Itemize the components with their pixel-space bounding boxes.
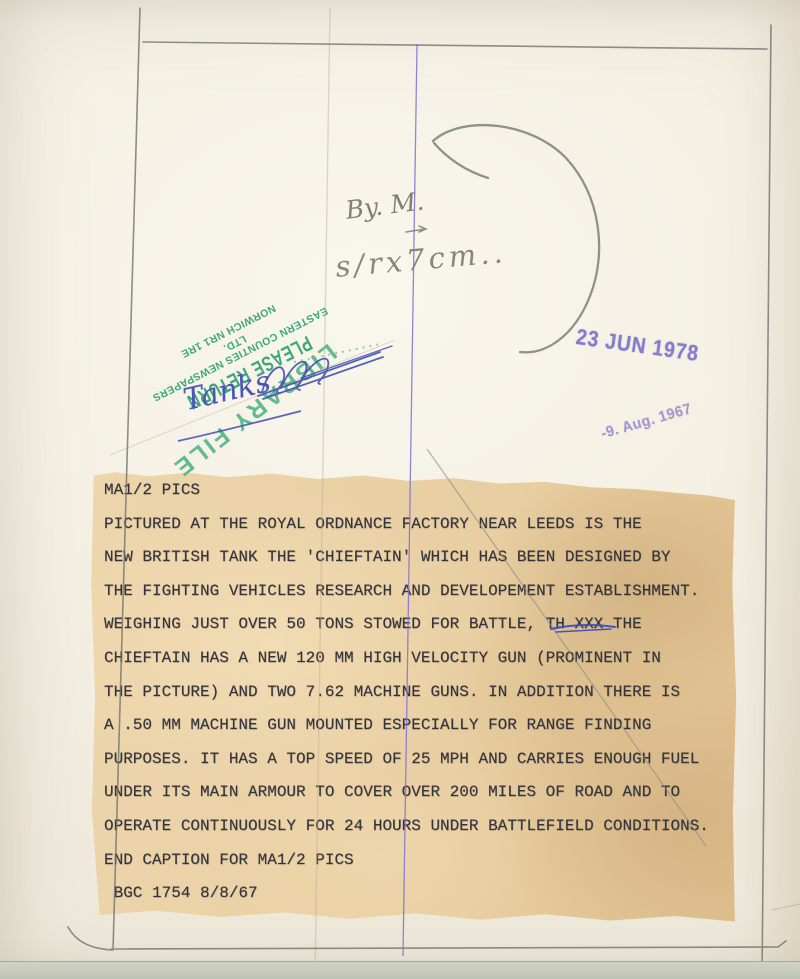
please-return-stamp-line1: PLEASE RETURN	[173, 325, 325, 418]
typewritten-caption: MA1/2 PICSPICTURED AT THE ROYAL ORDNANCE…	[104, 474, 734, 911]
diagonal-crease-line	[110, 340, 395, 455]
please-return-stamp: PLEASE RETURN EASTERN COUNTIES NEWSPAPER…	[127, 276, 352, 433]
date-stamp-1967: -9. Aug. 1967	[599, 400, 694, 442]
ink-scribble	[262, 367, 284, 393]
caption-line: A .50 MM MACHINE GUN MOUNTED ESPECIALLY …	[104, 709, 734, 743]
caption-line: BGC 1754 8/8/67	[104, 877, 734, 911]
ink-strike-stroke	[258, 352, 380, 396]
caption-line: NEW BRITISH TANK THE 'CHIEFTAIN' WHICH H…	[104, 541, 734, 575]
caption-line: CHIEFTAIN HAS A NEW 120 MM HIGH VELOCITY…	[104, 642, 734, 676]
handwritten-pencil-size-note: s/rx7cm..	[334, 235, 508, 284]
pencil-curve-tail	[434, 143, 488, 178]
pencil-arrow-mark	[406, 226, 426, 232]
stamp-dotted-line	[294, 344, 380, 362]
please-return-stamp-line3: NORWICH NR1 1RE	[127, 276, 328, 387]
handwritten-tanks-label: Tanks	[180, 364, 274, 418]
tanks-underline	[178, 411, 301, 441]
caption-line: OPERATE CONTINUOUSLY FOR 24 HOURS UNDER …	[104, 810, 734, 844]
please-return-stamp-line2: EASTERN COUNTIES NEWSPAPERS LTD.	[134, 288, 341, 409]
library-file-stamp: LIBRARY FILE	[154, 328, 354, 493]
date-stamp-1978: 23 JUN 1978	[574, 324, 700, 367]
pencil-border-top	[143, 42, 767, 49]
pencil-hook-stroke	[68, 927, 112, 950]
caption-line: END CAPTION FOR MA1/2 PICS	[104, 844, 734, 878]
caption-line: WEIGHING JUST OVER 50 TONS STOWED FOR BA…	[104, 608, 734, 642]
caption-line: THE PICTURE) AND TWO 7.62 MACHINE GUNS. …	[104, 676, 734, 710]
caption-line: PURPOSES. IT HAS A TOP SPEED OF 25 MPH A…	[104, 743, 734, 777]
handwritten-pencil-initials: By. M.	[344, 186, 426, 224]
pencil-border-right	[762, 25, 771, 979]
edge-crease-line	[772, 904, 800, 910]
ink-strike-stroke	[263, 357, 383, 399]
ink-strike-stroke	[301, 346, 392, 378]
caption-line: PICTURED AT THE ROYAL ORDNANCE FACTORY N…	[104, 508, 734, 542]
caption-line: THE FIGHTING VEHICLES RESEARCH AND DEVEL…	[104, 575, 734, 609]
pencil-curve-mark	[433, 125, 599, 352]
caption-line: UNDER ITS MAIN ARMOUR TO COVER OVER 200 …	[104, 776, 734, 810]
scan-edge-strip	[0, 961, 800, 979]
photo-verso-scan: MA1/2 PICSPICTURED AT THE ROYAL ORDNANCE…	[0, 0, 800, 979]
pencil-border-bottom	[111, 941, 786, 949]
caption-line: MA1/2 PICS	[104, 474, 734, 508]
ink-scribble	[281, 362, 306, 390]
ink-scribble	[299, 359, 328, 384]
